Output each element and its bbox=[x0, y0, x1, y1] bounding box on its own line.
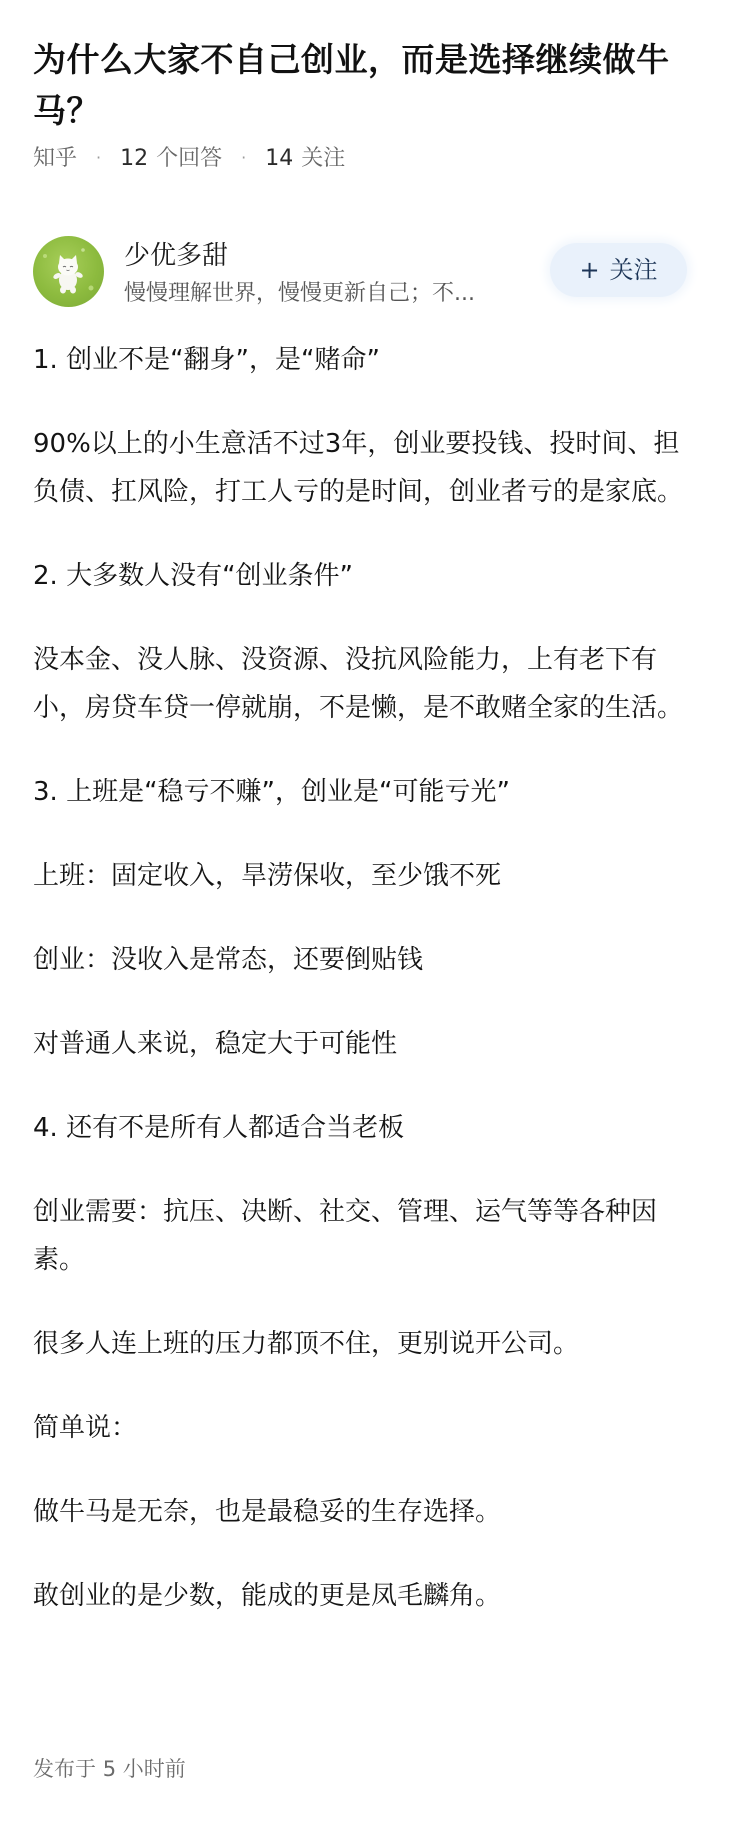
answer-paragraph: 没本金、没人脉、没资源、没抗风险能力，上有老下有小，房贷车贷一停就崩，不是懒，是… bbox=[33, 636, 699, 732]
follow-button[interactable]: +关注 bbox=[550, 243, 687, 297]
answer-paragraph: 创业需要：抗压、决断、社交、管理、运气等等各种因素。 bbox=[33, 1188, 699, 1284]
answer-count: 12 bbox=[120, 146, 148, 171]
answer-count-label: 个回答 bbox=[156, 146, 222, 171]
question-meta: 知乎 · 12个回答 · 14关注 bbox=[33, 144, 345, 174]
answer-heading: 3. 上班是“稳亏不赚”，创业是“可能亏光” bbox=[33, 768, 699, 816]
follower-count: 14 bbox=[265, 146, 293, 171]
publish-time: 5 小时前 bbox=[103, 1757, 186, 1781]
plus-icon: + bbox=[579, 256, 599, 284]
author-bio: 慢慢理解世界，慢慢更新自己；不... bbox=[124, 279, 475, 309]
cartoon-cat-avatar-icon bbox=[33, 236, 104, 307]
author-card: 少优多甜 慢慢理解世界，慢慢更新自己；不... +关注 bbox=[33, 236, 717, 308]
avatar[interactable] bbox=[33, 236, 104, 307]
source-label: 知乎 bbox=[33, 146, 77, 171]
meta-separator: · bbox=[96, 148, 101, 167]
answer-paragraph: 简单说： bbox=[33, 1404, 699, 1452]
follower-count-label: 关注 bbox=[301, 146, 345, 171]
publish-prefix: 发布于 bbox=[33, 1757, 96, 1781]
answer-heading: 2. 大多数人没有“创业条件” bbox=[33, 552, 699, 600]
answer-content: 1. 创业不是“翻身”，是“赌命” 90%以上的小生意活不过3年，创业要投钱、投… bbox=[33, 336, 699, 1656]
follower-count-link[interactable]: 14关注 bbox=[265, 146, 345, 171]
author-name[interactable]: 少优多甜 bbox=[124, 239, 228, 273]
answer-count-link[interactable]: 12个回答 bbox=[120, 146, 229, 171]
follow-button-label: 关注 bbox=[610, 256, 658, 284]
answer-paragraph: 90%以上的小生意活不过3年，创业要投钱、投时间、担负债、扛风险，打工人亏的是时… bbox=[33, 420, 699, 516]
answer-paragraph: 上班：固定收入，旱涝保收，至少饿不死 bbox=[33, 852, 699, 900]
answer-paragraph: 很多人连上班的压力都顶不住，更别说开公司。 bbox=[33, 1320, 699, 1368]
publish-info: 发布于 5 小时前 bbox=[33, 1754, 186, 1784]
answer-paragraph: 敢创业的是少数，能成的更是凤毛麟角。 bbox=[33, 1572, 699, 1620]
question-title[interactable]: 为什么大家不自己创业，而是选择继续做牛马？ bbox=[33, 34, 717, 136]
answer-paragraph: 做牛马是无奈，也是最稳妥的生存选择。 bbox=[33, 1488, 699, 1536]
answer-paragraph: 对普通人来说，稳定大于可能性 bbox=[33, 1020, 699, 1068]
answer-heading: 4. 还有不是所有人都适合当老板 bbox=[33, 1104, 699, 1152]
answer-heading: 1. 创业不是“翻身”，是“赌命” bbox=[33, 336, 699, 384]
meta-separator: · bbox=[241, 148, 246, 167]
answer-paragraph: 创业：没收入是常态，还要倒贴钱 bbox=[33, 936, 699, 984]
